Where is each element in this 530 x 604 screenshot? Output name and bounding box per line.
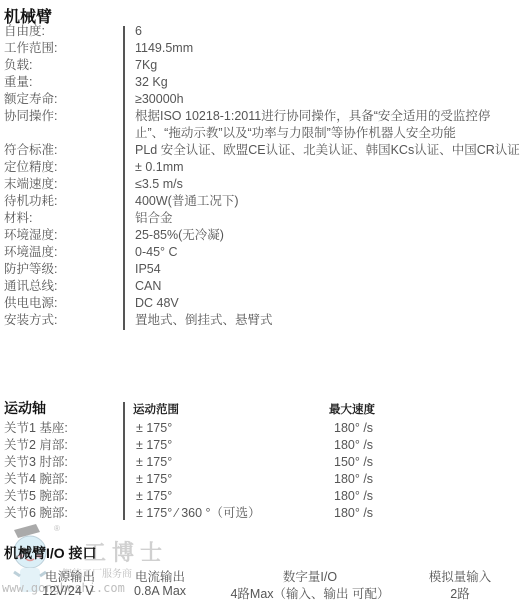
io-header-power: 电源输出 xyxy=(30,567,110,585)
io-value-power: 12V/24 V xyxy=(28,584,108,598)
spec-value: 置地式、倒挂式、悬臂式 xyxy=(135,312,273,329)
io-value-digital: 4路Max（输入、输出 可配） xyxy=(220,584,400,602)
spec-value: CAN xyxy=(135,278,161,295)
io-value-analog: 2路 xyxy=(410,584,510,602)
io-value-current: 0.8A Max xyxy=(120,584,200,598)
joint-label: 关节6 腕部: xyxy=(4,505,68,522)
spec-label: 协同操作: xyxy=(4,108,57,125)
io-header-digital: 数字量I/O xyxy=(220,567,400,585)
spec-value: 铝合金 xyxy=(135,210,173,227)
joint-range: ± 175° xyxy=(136,488,172,505)
spec-label: 符合标准: xyxy=(4,142,57,159)
joint-range: ± 175° xyxy=(136,471,172,488)
joint-speed: 180° /s xyxy=(334,488,373,505)
spec-label: 待机功耗: xyxy=(4,193,57,210)
column-header-speed: 最大速度 xyxy=(329,401,375,417)
spec-value: 400W(普通工况下) xyxy=(135,193,238,210)
spec-value: 6 xyxy=(135,23,142,40)
joint-label: 关节2 肩部: xyxy=(4,437,68,454)
io-header-analog: 模拟量输入 xyxy=(410,567,510,585)
spec-label: 定位精度: xyxy=(4,159,57,176)
spec-value: 根据ISO 10218-1:2011进行协同操作，具备“安全适用的受监控停 xyxy=(135,108,490,125)
spec-label: 工作范围: xyxy=(4,40,57,57)
joint-range: ± 175° xyxy=(136,454,172,471)
joint-label: 关节1 基座: xyxy=(4,420,68,437)
joint-speed: 180° /s xyxy=(334,437,373,454)
joint-range: ± 175° xyxy=(136,420,172,437)
joint-label: 关节3 肘部: xyxy=(4,454,68,471)
spec-label: 材料: xyxy=(4,210,32,227)
joint-speed: 180° /s xyxy=(334,471,373,488)
spec-value: 25-85%(无冷凝) xyxy=(135,227,224,244)
spec-value: ± 0.1mm xyxy=(135,159,184,176)
joint-range: ± 175° xyxy=(136,437,172,454)
spec-label: 防护等级: xyxy=(4,261,57,278)
divider-line xyxy=(123,402,125,520)
joint-label: 关节5 腕部: xyxy=(4,488,68,505)
spec-value: PLd 安全认证、欧盟CE认证、北美认证、韩国KCs认证、中国CR认证 xyxy=(135,142,520,159)
spec-value: DC 48V xyxy=(135,295,179,312)
joint-label: 关节4 腕部: xyxy=(4,471,68,488)
spec-label: 安装方式: xyxy=(4,312,57,329)
spec-value: ≤3.5 m/s xyxy=(135,176,183,193)
spec-label: 通讯总线: xyxy=(4,278,57,295)
spec-value: 0-45° C xyxy=(135,244,178,261)
section-title-axes: 运动轴 xyxy=(4,398,46,418)
joint-range: ± 175° ⁄ 360 °（可选） xyxy=(136,505,261,522)
spec-label: 额定寿命: xyxy=(4,91,57,108)
spec-label: 负载: xyxy=(4,57,32,74)
spec-label: 环境温度: xyxy=(4,244,57,261)
spec-label: 环境湿度: xyxy=(4,227,57,244)
divider-line xyxy=(123,26,125,330)
spec-value: ≥30000h xyxy=(135,91,184,108)
watermark-registered: ® xyxy=(54,524,60,533)
spec-value: IP54 xyxy=(135,261,161,278)
spec-label: 重量: xyxy=(4,74,32,91)
joint-speed: 180° /s xyxy=(334,505,373,522)
section-title-io: 机械臂I/O 接口 xyxy=(4,543,97,563)
watermark-brand: 工博士 xyxy=(84,536,168,567)
spec-label: 供电电源: xyxy=(4,295,57,312)
spec-label: 末端速度: xyxy=(4,176,57,193)
joint-speed: 180° /s xyxy=(334,420,373,437)
io-header-current: 电流输出 xyxy=(120,567,200,585)
spec-label: 自由度: xyxy=(4,23,45,40)
column-header-range: 运动范围 xyxy=(133,401,179,417)
spec-value: 止”、“拖动示教”以及“功率与力限制”等协作机器人安全功能 xyxy=(135,125,456,142)
spec-value: 7Kg xyxy=(135,57,157,74)
joint-speed: 150° /s xyxy=(334,454,373,471)
spec-value: 1149.5mm xyxy=(135,40,193,57)
spec-value: 32 Kg xyxy=(135,74,168,91)
